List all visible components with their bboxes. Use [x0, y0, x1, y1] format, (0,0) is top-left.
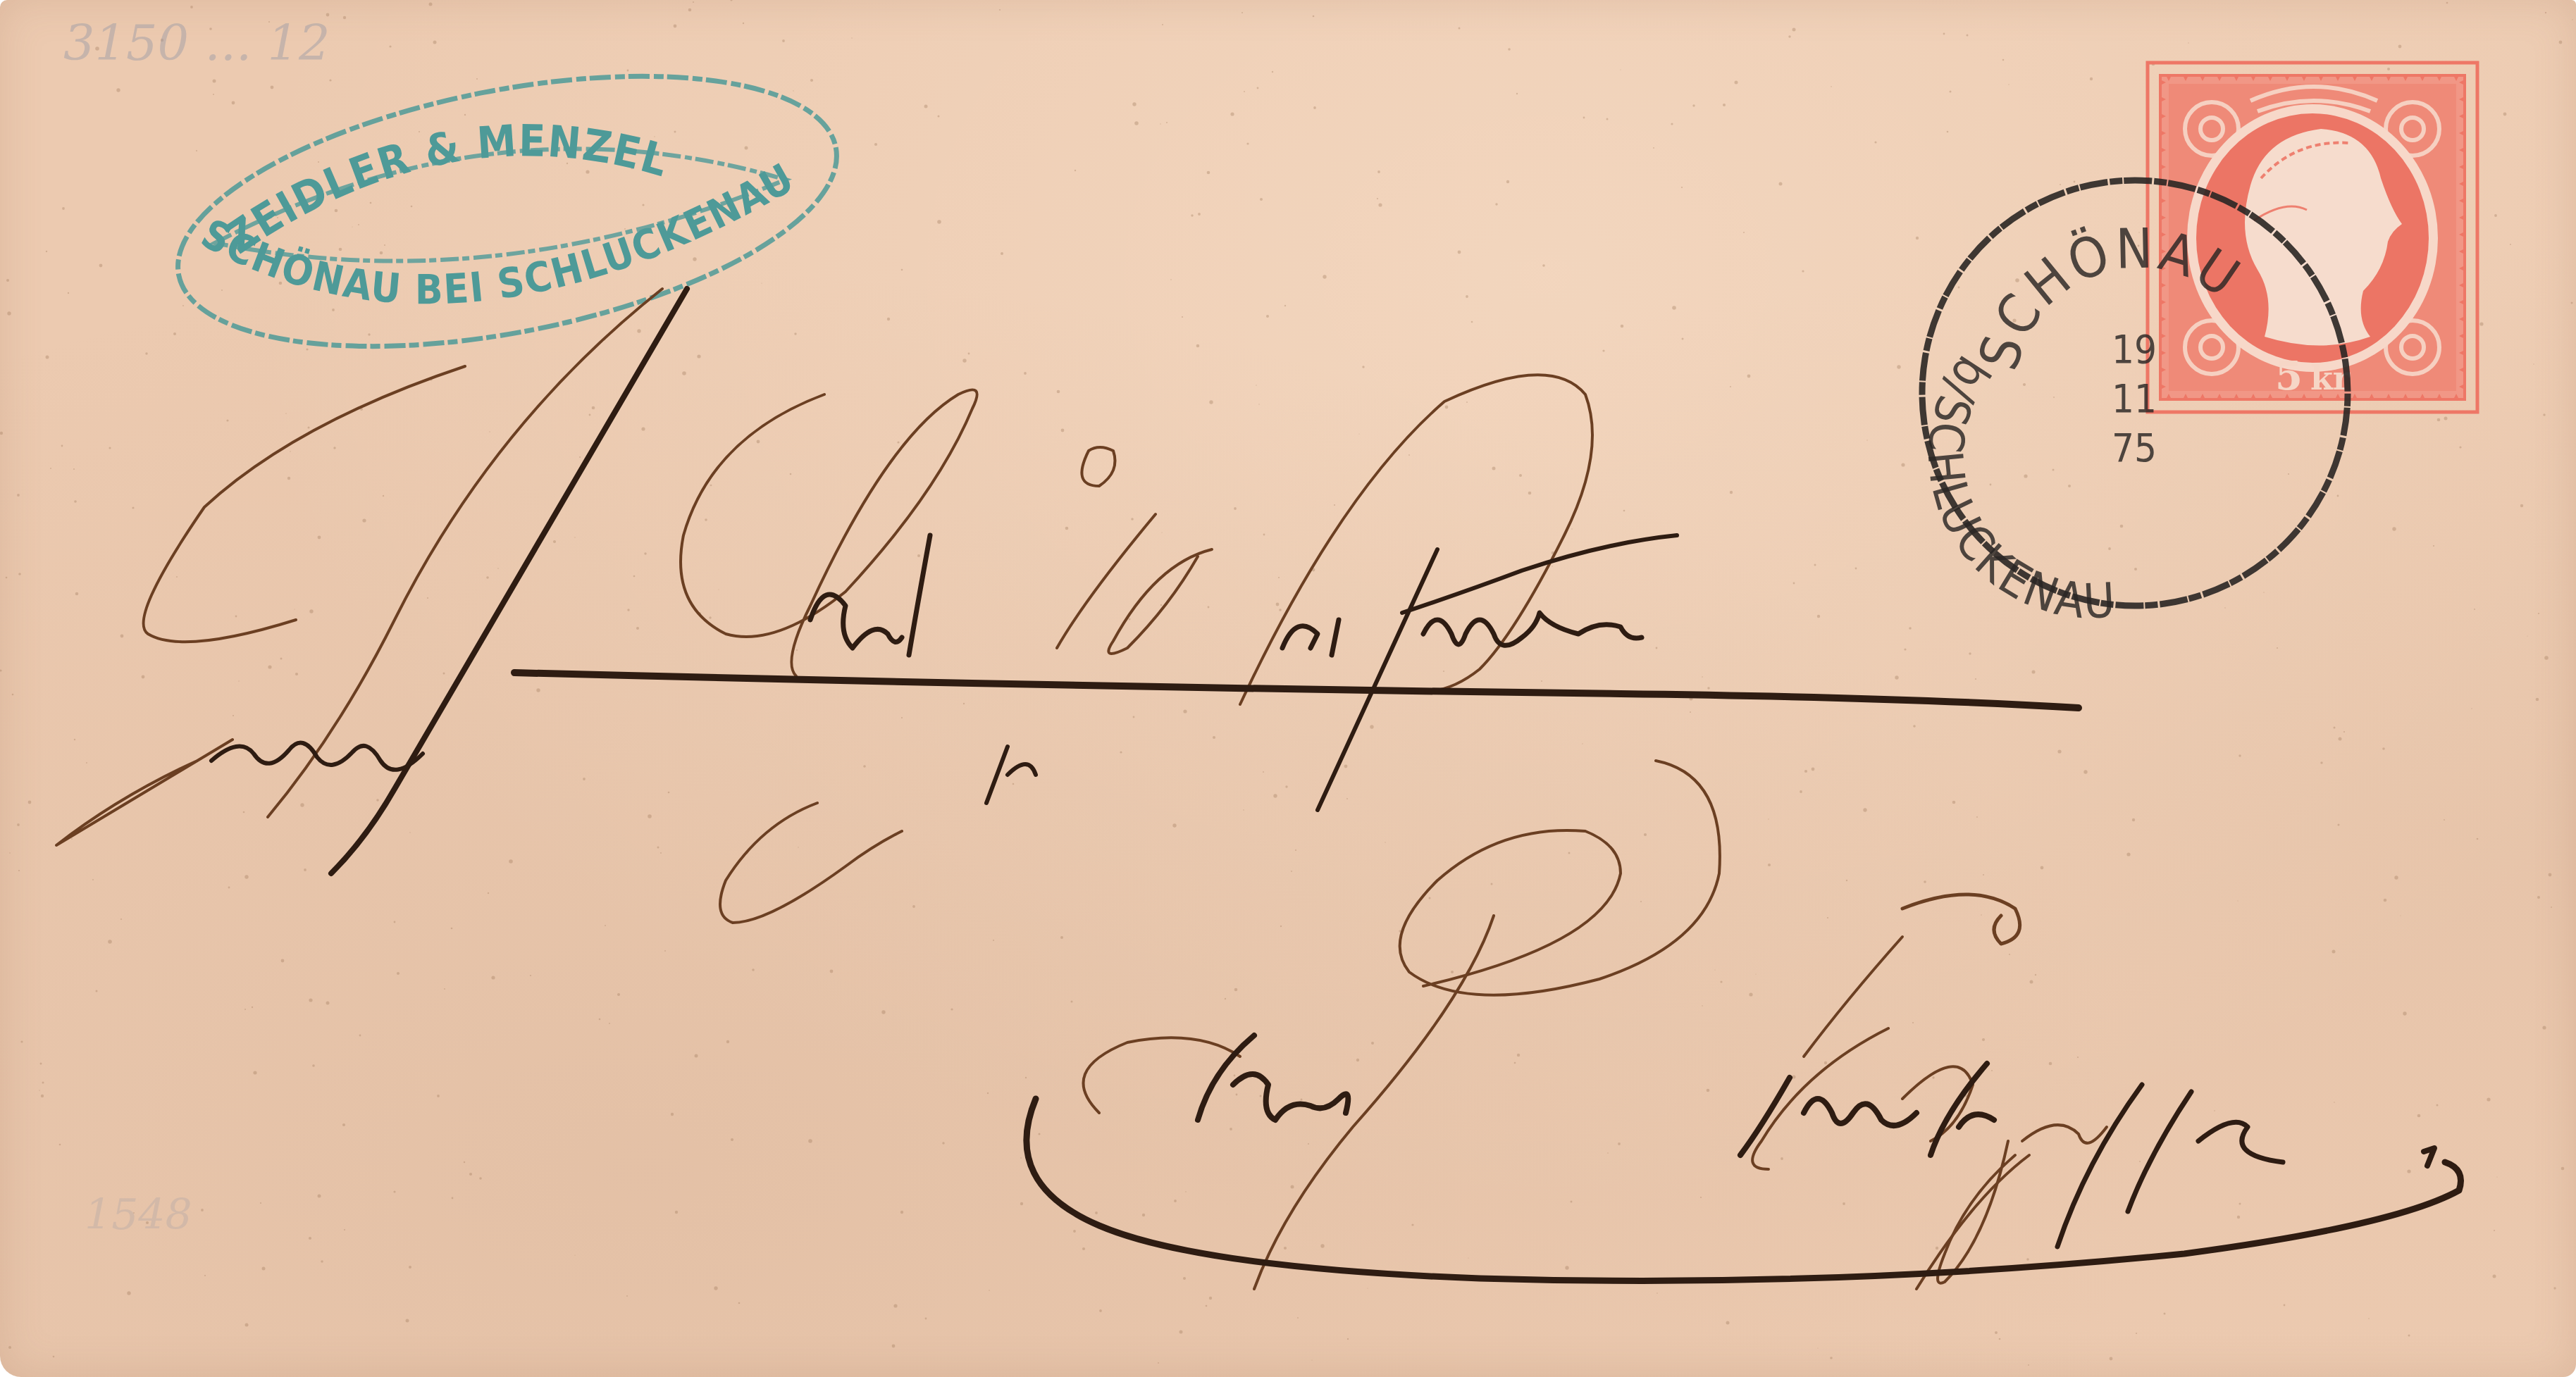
- handwritten-address: [0, 0, 2576, 1377]
- envelope: 3150 ... 12 1548 ZEIDLER & MENZEL SCHÖNA…: [0, 0, 2576, 1377]
